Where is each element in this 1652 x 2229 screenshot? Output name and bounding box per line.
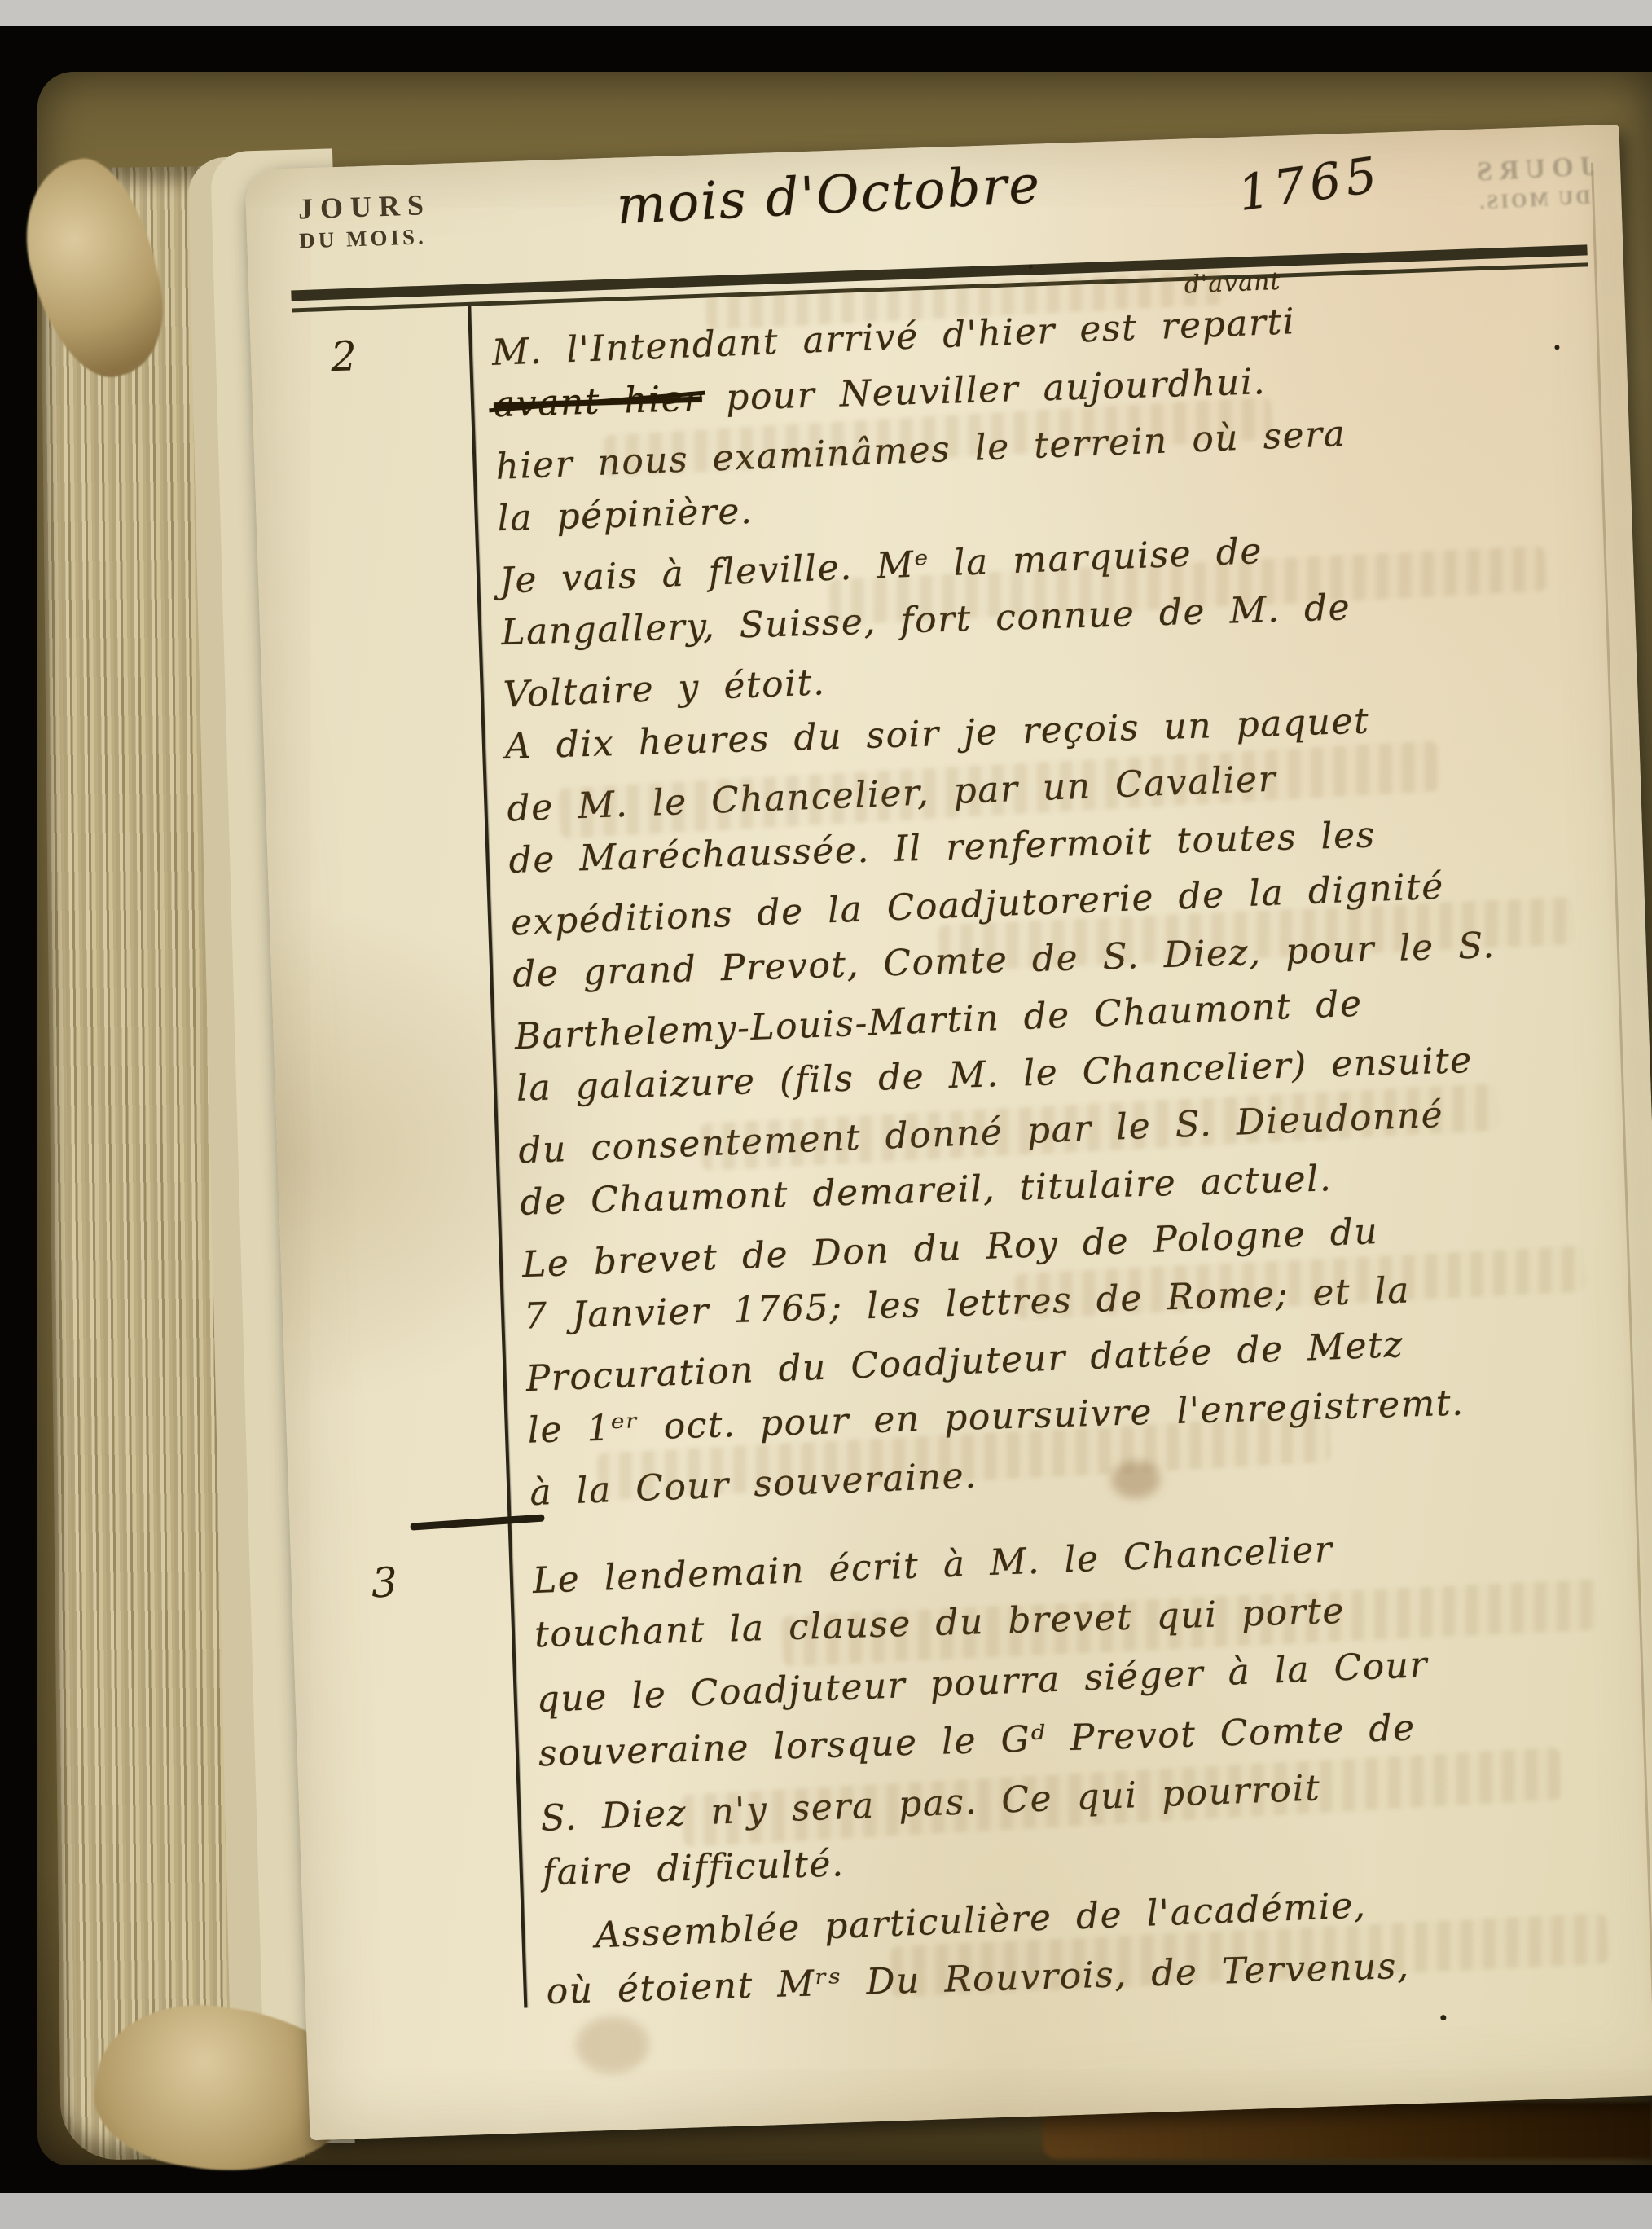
struck-out-text: avant hier xyxy=(493,378,702,426)
paper-stain xyxy=(575,2015,650,2074)
day-number: 2 xyxy=(330,332,358,380)
line-text: faire difficulté. xyxy=(542,1843,845,1893)
line-text: Voltaire y étoit. xyxy=(503,662,826,715)
bleedthrough-header-ghost: JOURS DU MOIS. xyxy=(1442,147,1624,219)
scanner-strip-bottom xyxy=(0,2193,1652,2229)
printed-header-line2: DU MOIS. xyxy=(299,223,433,255)
day-number: 3 xyxy=(371,1559,398,1607)
line-text: la pépinière. xyxy=(497,490,754,539)
printed-header-line1: JOURS xyxy=(297,187,431,227)
printed-column-header: JOURS DU MOIS. xyxy=(297,187,433,255)
entry-separator-dash xyxy=(410,1514,544,1530)
fly-speck xyxy=(1440,2015,1446,2020)
handwritten-month-title: mois d'Octobre xyxy=(615,153,1074,236)
book-scan: JOURS DU MOIS. mois d'Octobre 1765 JOURS… xyxy=(0,0,1652,2229)
manuscript-page: JOURS DU MOIS. mois d'Octobre 1765 JOURS… xyxy=(244,125,1652,2141)
handwritten-year: 1765 xyxy=(1235,146,1386,222)
scanner-strip-top xyxy=(0,0,1652,26)
